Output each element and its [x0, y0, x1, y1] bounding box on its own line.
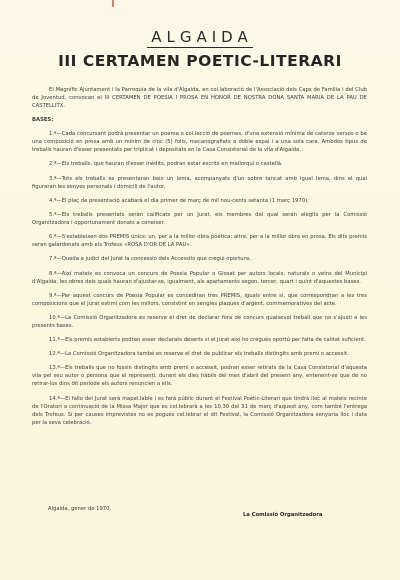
- base-item: 6.ª—S'estableixen dos PREMIS únics: un, …: [32, 233, 367, 249]
- base-item: 9.ª—Per aquest concurs de Poesia Popular…: [32, 292, 367, 308]
- base-item: 14.ª—El fallo del Jurat serà inapel.labl…: [32, 395, 367, 427]
- place-date: Algaida, gener de 1970.: [48, 506, 111, 512]
- document-page: ALGAIDA III CERTAMEN POETIC-LITERARI El …: [0, 0, 400, 580]
- base-item: 1.ª—Cada concursant podrà presentar un p…: [32, 130, 367, 154]
- base-item: 13.ª—Els treballs que no fossin distingi…: [32, 364, 367, 388]
- signature: La Comissió Organitzadora: [243, 512, 322, 518]
- base-item: 8.ª—Així mateix es convoca un concurs de…: [32, 270, 367, 286]
- main-title: III CERTAMEN POETIC-LITERARI: [0, 52, 400, 70]
- place-title-text: ALGAIDA: [147, 28, 252, 48]
- intro-paragraph: El Magnífic Ajuntament i la Parroquia de…: [32, 86, 367, 110]
- base-item: 4.ª—El plaç de presentació acabarà el di…: [32, 197, 367, 205]
- base-item: 2.ª—Els treballs, que hauran d'esser inè…: [32, 160, 367, 168]
- base-item: 12.ª—La Comissió Organitzadora també es …: [32, 350, 367, 358]
- base-item: 10.ª—La Comissió Organitzadora es reserv…: [32, 314, 367, 330]
- base-item: 3.ª—Tots els treballs es presentaran bai…: [32, 175, 367, 191]
- base-item: 7.ª—Queda a judici del Jurat la concessi…: [32, 255, 367, 263]
- base-item: 11.ª—Els premis establerts podran esser …: [32, 336, 367, 344]
- bases-heading: BASES:: [32, 116, 367, 124]
- base-item: 5.ª—Els treballs presentats seràn califi…: [32, 211, 367, 227]
- place-title: ALGAIDA: [0, 28, 400, 46]
- document-body: El Magnífic Ajuntament i la Parroquia de…: [32, 86, 367, 433]
- ink-mark: [112, 0, 114, 7]
